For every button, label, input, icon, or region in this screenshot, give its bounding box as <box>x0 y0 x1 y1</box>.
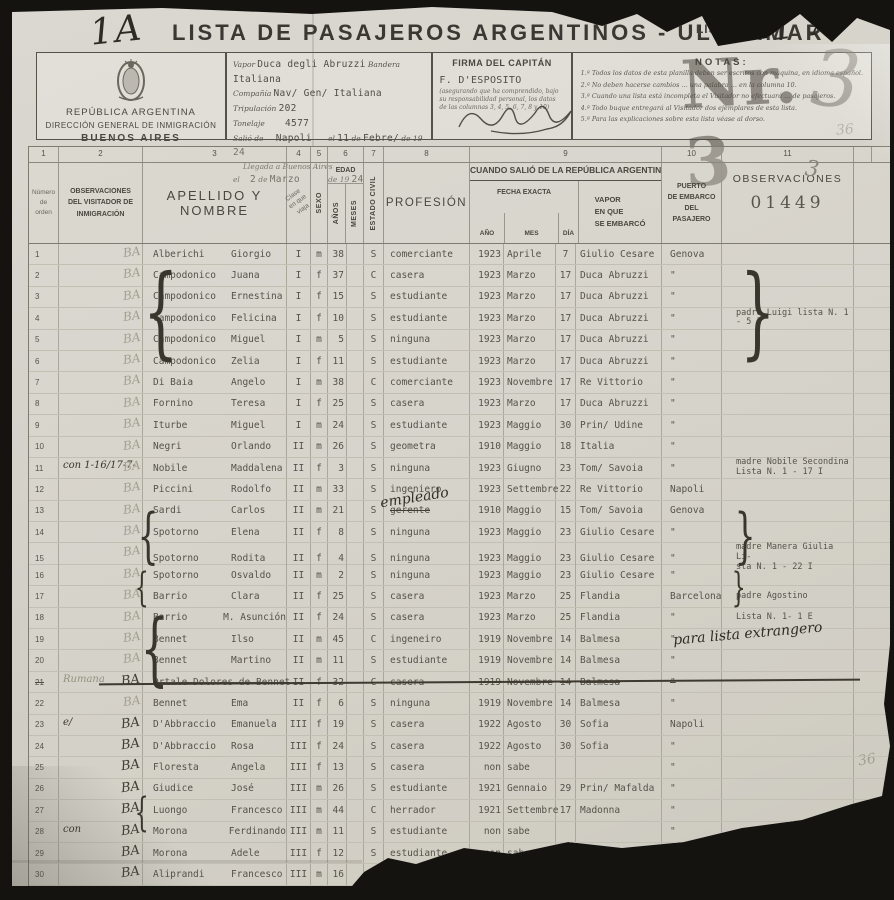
profession-typed: estudiante <box>390 826 447 837</box>
class-cell: II <box>287 479 311 499</box>
observations-cell <box>722 372 854 392</box>
org-line-direccion: DIRECCIÓN GENERAL DE INMIGRACIÓN <box>37 121 225 130</box>
observations-cell <box>722 693 854 713</box>
row-number: 21 <box>29 672 59 692</box>
given-name: Maddalena <box>231 463 282 474</box>
embark-port-cell: " <box>662 308 722 328</box>
surname: Barrio <box>153 591 231 602</box>
row-number: 30 <box>29 864 59 884</box>
col-number: 11 <box>722 147 854 162</box>
embark-port-cell: Genova <box>662 501 722 521</box>
row-number: 3 <box>29 287 59 307</box>
visitor-observations-cell: BA <box>59 287 143 307</box>
age-years-cell: 21 <box>328 501 347 521</box>
col-number: 10 <box>662 147 722 162</box>
header-info-row: REPÚBLICA ARGENTINA DIRECCIÓN GENERAL DE… <box>36 52 872 140</box>
table-row: 26BAGiudiceJoséIIIm26Sestudiante1921Genn… <box>29 779 890 800</box>
departure-month-cell: Maggio <box>504 415 556 435</box>
age-months-cell <box>347 287 364 307</box>
header-puerto: PUERTO DE EMBARCO DEL PASAJERO <box>668 181 716 226</box>
sex-cell: m <box>311 330 328 350</box>
given-name: Ernestina <box>231 291 282 302</box>
profession-cell: estudiante <box>384 822 470 842</box>
table-row: 16BASpotornoOsvaldoIIm2Sninguna1923Maggi… <box>29 565 890 586</box>
departure-year-cell: 1923 <box>470 522 504 542</box>
civil-status-cell: S <box>364 308 384 328</box>
col-number: 8 <box>384 147 470 162</box>
passenger-name-cell: MoronaAdele <box>143 843 287 863</box>
departure-day-cell: 17 <box>556 308 576 328</box>
departure-vapor-cell: Re Vittorio <box>576 479 662 499</box>
surname: Morona <box>153 826 229 837</box>
departure-month-cell: Novembre <box>504 650 556 670</box>
embark-port-cell: " <box>662 672 722 692</box>
observations-cell <box>722 437 854 457</box>
embark-port-cell: " <box>662 458 722 478</box>
observations-cell <box>722 394 854 414</box>
edge-blank-cell <box>854 693 872 713</box>
row-number: 6 <box>29 351 59 371</box>
document-sheet: 1A LISTA DE PASAJEROS ARGENTINOS - ULTRA… <box>12 4 890 896</box>
col-number: 9 <box>470 147 662 162</box>
surname: Barrio <box>153 612 223 623</box>
header-vapor: VAPOR EN QUE SE EMBARCÓ <box>579 181 661 243</box>
age-years-cell: 19 <box>328 715 347 735</box>
sex-cell: m <box>311 372 328 392</box>
edge-blank-cell <box>854 822 872 842</box>
table-row: 13BASardiCarlosIIm21Sgerenteempleado1910… <box>29 501 890 522</box>
sex-cell: f <box>311 672 328 692</box>
edge-blank-cell <box>854 608 872 628</box>
passenger-name-cell: BarrioClara <box>143 586 287 606</box>
edge-blank-cell <box>854 394 872 414</box>
sex-cell: m <box>311 479 328 499</box>
class-cell: II <box>287 693 311 713</box>
profession-cell: comerciante <box>384 244 470 264</box>
visitor-observations-cell: BA <box>59 330 143 350</box>
given-name: Francesco <box>231 869 282 880</box>
departure-day-cell: 29 <box>556 779 576 799</box>
profession-cell: estudiante <box>384 650 470 670</box>
row-number: 5 <box>29 330 59 350</box>
lista-no-label: LISTA N.º <box>696 22 758 36</box>
departure-vapor-cell: Duca Abruzzi <box>576 394 662 414</box>
surname: Campodonico <box>153 356 231 367</box>
given-name: Rosa <box>231 741 254 752</box>
departure-year-cell: 1923 <box>470 372 504 392</box>
profession-typed: ninguna <box>390 570 430 581</box>
class-cell: I <box>287 330 311 350</box>
page-title: LISTA DE PASAJEROS ARGENTINOS - ULTRAMAR <box>172 20 825 46</box>
header-anos: AÑOS <box>333 202 340 224</box>
passenger-name-cell: PicciniRodolfo <box>143 479 287 499</box>
departure-month-cell: Agosto <box>504 715 556 735</box>
edge-blank-cell <box>854 565 872 585</box>
edge-blank-cell <box>854 244 872 264</box>
profession-cell: casera <box>384 608 470 628</box>
given-name: Giorgio <box>231 249 271 260</box>
passenger-name-cell: CampodonicoFelicina <box>143 308 287 328</box>
surname: Morona <box>153 848 231 859</box>
table-row: 24BAD'AbbraccioRosaIIIf24Scasera1922Agos… <box>29 736 890 757</box>
age-months-cell <box>347 565 364 585</box>
passenger-name-cell: AlberichiGiorgio <box>143 244 287 264</box>
given-name: Miguel <box>231 334 265 345</box>
departure-year-cell: non <box>470 843 504 863</box>
departure-month-cell: Marzo <box>504 287 556 307</box>
departure-day-cell: 18 <box>556 437 576 457</box>
sex-cell: f <box>311 394 328 414</box>
embark-port-cell: " <box>662 650 722 670</box>
passenger-name-cell: Di BaiaAngelo <box>143 372 287 392</box>
sex-cell: f <box>311 586 328 606</box>
sex-cell: m <box>311 415 328 435</box>
observations-cell <box>722 757 854 777</box>
profession-typed: casera <box>390 762 424 773</box>
observations-cell <box>722 501 854 521</box>
header-observaciones: OBSERVACIONES <box>733 173 843 185</box>
visitor-observations-cell: BA <box>59 864 143 884</box>
observations-cell <box>722 244 854 264</box>
departure-month-cell: Agosto <box>504 736 556 756</box>
surname: Spotorno <box>153 570 231 581</box>
age-years-cell: 25 <box>328 394 347 414</box>
header-edad: EDAD <box>328 163 363 184</box>
table-row: 27BALuongoFrancescoIIIm44Cherrador1921Se… <box>29 800 890 821</box>
passenger-name-cell: NegriOrlando <box>143 437 287 457</box>
passenger-name-cell: CampodonicoJuana <box>143 265 287 285</box>
table-row: 1BAAlberichiGiorgioIm38Scomerciante1923A… <box>29 244 890 265</box>
departure-day-cell: 30 <box>556 415 576 435</box>
departure-vapor-cell: Flandia <box>576 586 662 606</box>
surname: Piccini <box>153 484 231 495</box>
table-body: 1BAAlberichiGiorgioIm38Scomerciante1923A… <box>29 244 890 886</box>
departure-year-cell: 1923 <box>470 308 504 328</box>
passenger-name-cell: CampodonicoMiguel <box>143 330 287 350</box>
passenger-name-cell: CampodonicoErnestina <box>143 287 287 307</box>
edge-blank-cell <box>854 650 872 670</box>
embark-port-cell: " <box>662 608 722 628</box>
surname: Giudice <box>153 783 231 794</box>
class-cell: II <box>287 629 311 649</box>
captain-box-title: FIRMA DEL CAPITÁN <box>439 58 564 68</box>
profession-cell: casera <box>384 715 470 735</box>
profession-typed: casera <box>390 677 424 688</box>
class-cell: I <box>287 372 311 392</box>
departure-day-cell: 17 <box>556 394 576 414</box>
age-months-cell <box>347 779 364 799</box>
surname: Ortale Dolores de Bennet <box>153 677 231 688</box>
departure-vapor-cell: Duca Abruzzi <box>576 308 662 328</box>
table-row: 2BACampodonicoJuanaIf37Ccasera1923Marzo1… <box>29 265 890 286</box>
visitor-initials-ba: BA <box>122 650 141 666</box>
visitor-observations-cell: BA <box>59 843 143 863</box>
departure-vapor-cell: Duca Abruzzi <box>576 351 662 371</box>
surname: D'Abbraccio <box>153 719 231 730</box>
edge-blank-cell <box>854 864 872 884</box>
departure-day-cell: 17 <box>556 351 576 371</box>
visitor-initials-ba: BA <box>120 864 141 881</box>
notas-box: NOTAS: 1.ª Todos los datos de esta plani… <box>572 52 872 140</box>
departure-year-cell: 1910 <box>470 501 504 521</box>
age-years-cell: 26 <box>328 779 347 799</box>
header-numero: Número de orden <box>32 188 55 217</box>
salio-puerto-value: Napoli <box>276 133 312 144</box>
profession-typed: estudiante <box>390 848 447 859</box>
profession-typed: ninguna <box>390 334 430 345</box>
col-number: 4 <box>287 147 311 162</box>
observations-cell <box>722 565 854 585</box>
header-meses: MESES <box>351 200 358 227</box>
civil-status-cell: S <box>364 736 384 756</box>
age-months-cell <box>347 265 364 285</box>
embark-port-cell: " <box>662 822 722 842</box>
departure-month-cell: sabe <box>504 843 556 863</box>
visitor-initials-ba: BA <box>120 821 141 838</box>
edge-blank-cell <box>854 458 872 478</box>
col-number: 7 <box>364 147 384 162</box>
profession-typed: estudiante <box>390 356 447 367</box>
table-row: 28conBAMoronaFerdinandoIIIm11Sestudiante… <box>29 822 890 843</box>
civil-status-cell: C <box>364 672 384 692</box>
departure-day-cell: 14 <box>556 693 576 713</box>
visitor-handwritten-note: con <box>63 824 81 835</box>
departure-year-cell: 1923 <box>470 394 504 414</box>
visitor-observations-cell: BA <box>59 308 143 328</box>
surname: Spotorno <box>153 527 231 538</box>
departure-day-cell: 15 <box>556 501 576 521</box>
observations-cell: padre Angelo Lista <box>722 864 854 884</box>
table-row: 10BANegriOrlandoIIm26Sgeometra1910Maggio… <box>29 437 890 458</box>
observations-cell: madre Nobile Secondina Lista N. 1 - 17 I <box>722 458 854 478</box>
profession-typed: casera <box>390 719 424 730</box>
departure-year-cell: 1919 <box>470 629 504 649</box>
departure-year-cell: 1910 <box>470 437 504 457</box>
passenger-name-cell: BennetEma <box>143 693 287 713</box>
table-row: 14BASpotornoElenaIIf8Sninguna1923Maggio2… <box>29 522 890 543</box>
sex-cell: m <box>311 822 328 842</box>
civil-status-cell: S <box>364 715 384 735</box>
departure-month-cell: Giugno <box>504 458 556 478</box>
profession-cell: estudiante <box>384 864 470 884</box>
tonelaje-label: Tonelaje <box>233 119 265 128</box>
given-name: Carlos <box>231 505 265 516</box>
departure-vapor-cell <box>576 822 662 842</box>
age-months-cell <box>347 757 364 777</box>
embark-port-cell: " <box>662 265 722 285</box>
age-years-cell: 3 <box>328 458 347 478</box>
row-number: 8 <box>29 394 59 414</box>
departure-day-cell: 23 <box>556 458 576 478</box>
visitor-observations-cell: con 1-16/17-7-BA <box>59 458 143 478</box>
surname: D'Abbraccio <box>153 741 231 752</box>
row-number: 19 <box>29 629 59 649</box>
profession-cell: estudiante <box>384 287 470 307</box>
row-number: 4 <box>29 308 59 328</box>
class-cell: I <box>287 351 311 371</box>
edge-blank-cell <box>854 629 872 649</box>
surname: Bennet <box>153 634 231 645</box>
embark-port-cell: " <box>662 800 722 820</box>
given-name: Rodita <box>231 553 265 564</box>
departure-vapor-cell: Italia <box>576 437 662 457</box>
civil-status-cell: S <box>364 351 384 371</box>
profession-typed: estudiante <box>390 655 447 666</box>
surname: Iturbe <box>153 420 231 431</box>
embark-port-cell: " <box>662 351 722 371</box>
departure-vapor-cell: Madonna <box>576 800 662 820</box>
tripulacion-value: 202 <box>279 103 297 114</box>
surname: Sardi <box>153 505 231 516</box>
passenger-name-cell: SpotornoElena <box>143 522 287 542</box>
sex-cell: m <box>311 864 328 884</box>
departure-month-cell: Novembre <box>504 629 556 649</box>
observations-cell <box>722 672 854 692</box>
table-row: 3BACampodonicoErnestinaIf15Sestudiante19… <box>29 287 890 308</box>
departure-vapor-cell <box>576 843 662 863</box>
age-years-cell: 38 <box>328 372 347 392</box>
col-number: 2 <box>59 147 143 162</box>
departure-year-cell: 1923 <box>470 265 504 285</box>
age-years-cell: 8 <box>328 522 347 542</box>
profession-cell: geometra <box>384 437 470 457</box>
passenger-name-cell: FlorestaAngela <box>143 757 287 777</box>
passenger-name-cell: MoronaFerdinando <box>143 822 287 842</box>
header-ano: AÑO <box>470 213 505 243</box>
age-months-cell <box>347 351 364 371</box>
class-cell: I <box>287 394 311 414</box>
visitor-initials-ba: BA <box>122 265 141 281</box>
header-mes: MES <box>505 213 559 243</box>
class-cell: II <box>287 437 311 457</box>
visitor-initials-ba: BA <box>120 757 141 774</box>
civil-status-cell: S <box>364 779 384 799</box>
table-row: 21RumanaBAOrtale Dolores de BennetIIf32C… <box>29 672 890 693</box>
departure-day-cell <box>556 822 576 842</box>
departure-vapor-cell: Garibaldi <box>576 864 662 884</box>
row-number: 27 <box>29 800 59 820</box>
given-name: Orlando <box>231 441 271 452</box>
table-row: 23e/BAD'AbbraccioEmanuelaIIIf19Scasera19… <box>29 715 890 736</box>
compania-label: Compañía <box>233 89 271 98</box>
departure-month-cell: Maggio <box>504 565 556 585</box>
sex-cell: f <box>311 843 328 863</box>
visitor-initials-ba: BA <box>120 779 141 796</box>
age-months-cell <box>347 244 364 264</box>
visitor-initials-ba: BA <box>122 522 141 538</box>
class-cell: III <box>287 736 311 756</box>
header-observaciones-cell: 3 OBSERVACIONES 01449 <box>722 163 854 243</box>
profession-typed: estudiante <box>390 291 447 302</box>
surname: Campodonico <box>153 270 231 281</box>
profession-cell: casera <box>384 265 470 285</box>
civil-status-cell: S <box>364 650 384 670</box>
surname: Luongo <box>153 805 231 816</box>
embark-port-cell: " <box>662 565 722 585</box>
ship-info-box: Vapor Duca degli Abruzzi Bandera Italian… <box>226 52 432 140</box>
class-cell: II <box>287 458 311 478</box>
row-number: 2 <box>29 265 59 285</box>
surname: Bennet <box>153 698 231 709</box>
civil-status-cell: C <box>364 629 384 649</box>
class-cell: III <box>287 800 311 820</box>
departure-vapor-cell: Tom/ Savoia <box>576 501 662 521</box>
visitor-observations-cell: RumanaBA <box>59 672 143 692</box>
age-years-cell: 5 <box>328 330 347 350</box>
sex-cell: m <box>311 650 328 670</box>
visitor-initials-ba: BA <box>122 565 141 581</box>
departure-vapor-cell: Sofia <box>576 736 662 756</box>
departure-vapor-cell: Prin/ Udine <box>576 415 662 435</box>
visitor-observations-cell: BA <box>59 437 143 457</box>
row-number: 25 <box>29 757 59 777</box>
header-cuando-salio: CUANDO SALIÓ DE LA REPÚBLICA ARGENTINA <box>470 163 661 181</box>
table-row: 12BAPicciniRodolfoIIm33Singeniero1923Set… <box>29 479 890 500</box>
passenger-name-cell: BennetIlso <box>143 629 287 649</box>
departure-month-cell: Novembre <box>504 693 556 713</box>
departure-year-cell: non <box>470 822 504 842</box>
edge-blank-cell <box>854 501 872 521</box>
visitor-initials-ba: BA <box>122 629 141 645</box>
profession-typed: ninguna <box>390 698 430 709</box>
sex-cell: m <box>311 501 328 521</box>
visitor-observations-cell: BA <box>59 415 143 435</box>
civil-status-cell: S <box>364 843 384 863</box>
visitor-observations-cell: BA <box>59 372 143 392</box>
profession-typed: estudiante <box>390 313 447 324</box>
sex-cell: f <box>311 757 328 777</box>
header-fecha-exacta: FECHA EXACTA <box>470 181 578 213</box>
sex-cell: f <box>311 736 328 756</box>
passenger-name-cell: D'AbbraccioEmanuela <box>143 715 287 735</box>
given-name: Ferdinando <box>229 826 286 837</box>
observations-cell <box>722 479 854 499</box>
visitor-observations-cell: BA <box>59 501 143 521</box>
civil-status-cell: S <box>364 415 384 435</box>
table-row: 29BAMoronaAdeleIIIf12Sestudiantenonsabe" <box>29 843 890 864</box>
edge-blank-cell <box>854 800 872 820</box>
departure-day-cell: 17 <box>556 800 576 820</box>
given-name: Ilso <box>231 634 254 645</box>
compania-value: Nav/ Gen/ Italiana <box>274 88 382 99</box>
class-cell: II <box>287 672 311 692</box>
departure-year-cell: 1923 <box>470 608 504 628</box>
civil-status-cell: S <box>364 586 384 606</box>
visitor-observations-cell: BA <box>59 779 143 799</box>
sex-cell: m <box>311 800 328 820</box>
embark-port-cell: " <box>662 330 722 350</box>
class-cell: III <box>287 822 311 842</box>
visitor-handwritten-note: Rumana <box>63 674 105 685</box>
visitor-initials-ba: BA <box>120 714 141 731</box>
passenger-name-cell: NobileMaddalena <box>143 458 287 478</box>
visitor-observations-cell: BA <box>59 586 143 606</box>
passenger-name-cell: Ortale Dolores de Bennet <box>143 672 287 692</box>
header-apellido: APELLIDO Y NOMBRE <box>143 188 286 218</box>
embark-port-cell: " <box>662 736 722 756</box>
departure-year-cell: 1923 <box>470 287 504 307</box>
col-number: 1 <box>29 147 59 162</box>
given-name: Elena <box>231 527 260 538</box>
table-row: 20BABennetMartinoIIm11Sestudiante1919Nov… <box>29 650 890 671</box>
surname: Fornino <box>153 398 231 409</box>
row-number: 17 <box>29 586 59 606</box>
tonelaje-value: 4577 <box>285 118 309 129</box>
civil-status-cell: S <box>364 244 384 264</box>
visitor-initials-ba: BA <box>120 672 141 689</box>
column-number-row: 1 2 3 4 5 6 7 8 9 10 11 <box>29 147 890 163</box>
table-row: 7BADi BaiaAngeloIm38Ccomerciante1923Nove… <box>29 372 890 393</box>
